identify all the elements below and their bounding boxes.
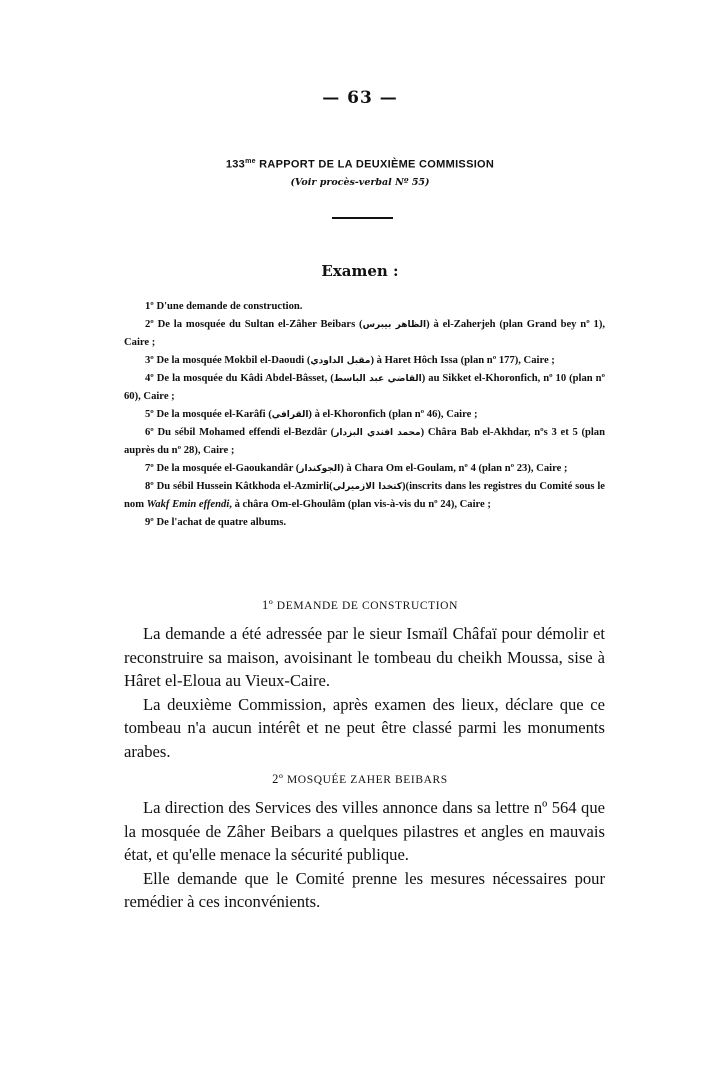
item-text: ) à el-Khoronfich (plan nº 46), Caire ; (308, 409, 477, 420)
arabic-name: الظاهر بيبرس (363, 320, 427, 330)
document-page: — 63 — 133me RAPPORT DE LA DEUXIÈME COMM… (0, 0, 720, 1082)
arabic-name: محمد افندي البزدار (334, 428, 420, 438)
examen-item-6: 6º Du sébil Mohamed effendi el-Bezdâr (م… (124, 424, 605, 460)
item-text: 3º De la mosquée Mokbil el-Daoudi ( (145, 355, 310, 366)
arabic-name: كتخدا الازميرلي (333, 482, 402, 492)
report-title: 133me RAPPORT DE LA DEUXIÈME COMMISSION (0, 158, 720, 171)
examen-item-4: 4º De la mosquée du Kâdi Abdel-Bâsset, (… (124, 370, 605, 406)
item-text: ) à Chara Om el-Goulam, nº 4 (plan nº 23… (340, 463, 567, 474)
arabic-name: الجوكندار (299, 464, 340, 474)
section-number: 1º (262, 598, 273, 612)
paragraph: La direction des Services des villes ann… (124, 796, 605, 867)
section-2-body: La direction des Services des villes ann… (124, 796, 605, 914)
examen-item-8: 8º Du sébil Hussein Kâtkhoda el-Azmirli(… (124, 478, 605, 514)
examen-item-2: 2º De la mosquée du Sultan el-Zâher Beib… (124, 316, 605, 352)
item-text: ) à Haret Hôch Issa (plan nº 177), Caire… (370, 355, 554, 366)
report-title-text: RAPPORT DE LA DEUXIÈME COMMISSION (256, 159, 494, 171)
item-text: 2º De la mosquée du Sultan el-Zâher Beib… (145, 319, 363, 330)
examen-heading: Examen : (0, 262, 720, 280)
report-subtitle: (Voir procès-verbal Nº 55) (0, 177, 720, 188)
item-text: 5º De la mosquée el-Karâfi ( (145, 409, 272, 420)
section-title-text: MOSQUÉE ZAHER BEIBARS (284, 774, 448, 786)
report-number: 133 (226, 159, 245, 171)
item-text: 7º De la mosquée el-Gaoukandâr ( (145, 463, 299, 474)
arabic-name: مقبل الداودي (310, 356, 370, 366)
arabic-name: القاضي عبد الباسط (334, 374, 422, 384)
examen-item-3: 3º De la mosquée Mokbil el-Daoudi (مقبل … (124, 352, 605, 370)
paragraph: Elle demande que le Comité prenne les me… (124, 867, 605, 914)
section-title-text: DEMANDE DE CONSTRUCTION (273, 600, 458, 612)
item-text: , à châra Om-el-Ghoulâm (plan vis-à-vis … (229, 499, 491, 510)
divider-rule (332, 217, 393, 219)
arabic-name: القرافي (272, 410, 309, 420)
page-number: — 63 — (0, 88, 720, 108)
section-1-body: La demande a été adressée par le sieur I… (124, 622, 605, 763)
examen-item-1: 1º D'une demande de construction. (124, 298, 605, 316)
paragraph: La demande a été adressée par le sieur I… (124, 622, 605, 693)
section-2-title: 2º MOSQUÉE ZAHER BEIBARS (0, 772, 720, 787)
examen-item-9: 9º De l'achat de quatre albums. (124, 514, 605, 532)
item-text: 8º Du sébil Hussein Kâtkhoda el-Azmirli( (145, 481, 333, 492)
section-number: 2º (272, 772, 283, 786)
wakf-name: Wakf Emin effendi (147, 499, 230, 510)
item-text: 4º De la mosquée du Kâdi Abdel-Bâsset, ( (145, 373, 334, 384)
item-text: 6º Du sébil Mohamed effendi el-Bezdâr ( (145, 427, 334, 438)
examen-item-5: 5º De la mosquée el-Karâfi (القرافي) à e… (124, 406, 605, 424)
examen-item-7: 7º De la mosquée el-Gaoukandâr (الجوكندا… (124, 460, 605, 478)
report-number-suffix: me (245, 158, 256, 165)
examen-list: 1º D'une demande de construction. 2º De … (124, 298, 605, 532)
section-1-title: 1º DEMANDE DE CONSTRUCTION (0, 598, 720, 613)
paragraph: La deuxième Commission, après examen des… (124, 693, 605, 764)
